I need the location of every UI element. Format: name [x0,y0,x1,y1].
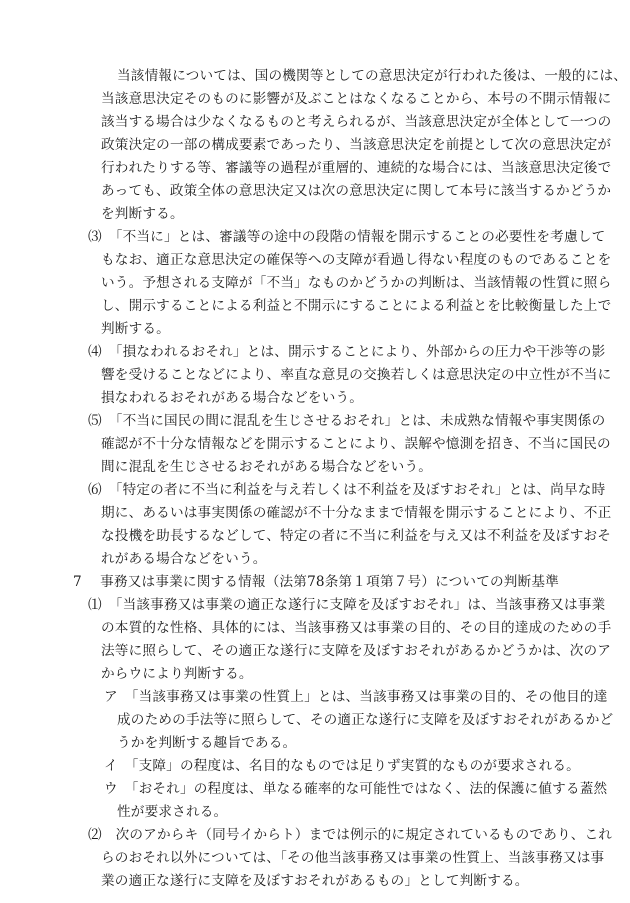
text-line: 判断する。 [101,319,170,339]
text-line: 間に混乱を生じさせるおそれがある場合などをいう。 [101,457,432,477]
text-line: れがある場合などをいう。 [101,549,267,569]
text-line: 損なわれるおそれがある場合などをいう。 [101,388,363,408]
text-line: 成のための手法等に照らして、その適正な遂行に支障を及ぼすおそれがあるかど [117,710,613,730]
text-line: ⑹ 「特定の者に不当に利益を与え若しくは不利益を及ぼすおそれ」とは、尚早な時 [88,480,605,500]
document-page: 当該情報については、国の機関等としての意思決定が行われた後は、一般的には、当該意… [0,0,630,903]
text-line: 響を受けることなどにより、率直な意見の交換若しくは意思決定の中立性が不当に [101,365,611,385]
text-line: 行われたりする等、審議等の過程が重層的、連続的な場合には、当該意思決定後で [101,158,611,178]
text-line: ア 「当該事務又は事業の性質上」とは、当該事務又は事業の目的、その他目的達 [104,687,608,707]
text-line: 当該情報については、国の機関等としての意思決定が行われた後は、一般的には、 [117,66,627,86]
text-line: ⑸ 「不当に国民の間に混乱を生じさせるおそれ」とは、未成熟な情報や事実関係の [88,411,605,431]
text-line: 法等に照らして、その適正な遂行に支障を及ぼすおそれがあるかどうかは、次のア [101,641,611,661]
text-line: の本質的な性格、具体的には、当該事務又は事業の目的、その目的達成のための手 [101,618,611,638]
text-line: らのおそれ以外については、「その他当該事務又は事業の性質上、当該事務又は事 [101,848,604,868]
text-line: を判断する。 [101,204,184,224]
text-line: いう。予想される支障が「不当」なものかどうかの判断は、当該情報の性質に照ら [101,273,611,293]
text-line: 当該意思決定そのものに影響が及ぶことはなくなることから、本号の不開示情報に [101,89,611,109]
text-line: 政策決定の一部の構成要素であったり、当該意思決定を前提として次の意思決定が [101,135,611,155]
text-line: ⑵ 次のアからキ（同号イからト）までは例示的に規定されているものであり、これ [88,825,612,845]
text-line: し、開示することによる利益と不開示にすることによる利益とを比較衡量した上で [101,296,611,316]
text-line: ⑷ 「損なわれるおそれ」とは、開示することにより、外部からの圧力や干渉等の影 [88,342,605,362]
text-line: ⑴ 「当該事務又は事業の適正な遂行に支障を及ぼすおそれ」は、当該事務又は事業 [88,595,605,615]
text-line: な投機を助長するなどして、特定の者に不当に利益を与え又は不利益を及ぼすおそ [101,526,611,546]
text-line: 性が要求される。 [117,802,227,822]
text-line: イ 「支障」の程度は、名目的なものでは足りず実質的なものが要求される。 [104,756,580,776]
text-line: うかを判断する趣旨である。 [117,733,296,753]
text-line: からウにより判断する。 [101,664,253,684]
text-line: ⑶ 「不当に」とは、審議等の途中の段階の情報を開示することの必要性を考慮して [88,227,605,247]
text-line: もなお、適正な意思決定の確保等への支障が看過し得ない程度のものであることを [101,250,611,270]
text-line: 該当する場合は少なくなるものと考えられるが、当該意思決定が全体として一つの [101,112,611,132]
text-line: 業の適正な遂行に支障を及ぼすおそれがあるもの」として判断する。 [101,871,529,891]
text-line: 確認が不十分な情報などを開示することにより、誤解や憶測を招き、不当に国民の [101,434,611,454]
text-line: あっても、政策全体の意思決定又は次の意思決定に関して本号に該当するかどうか [101,181,611,201]
text-line: 期に、あるいは事実関係の確認が不十分なままで情報を開示することにより、不正 [101,503,611,523]
text-line: 7 事務又は事業に関する情報（法第78条第１項第７号）についての判断基準 [73,572,559,592]
text-line: ウ 「おそれ」の程度は、単なる確率的な可能性ではなく、法的保護に値する蓋然 [104,779,607,799]
